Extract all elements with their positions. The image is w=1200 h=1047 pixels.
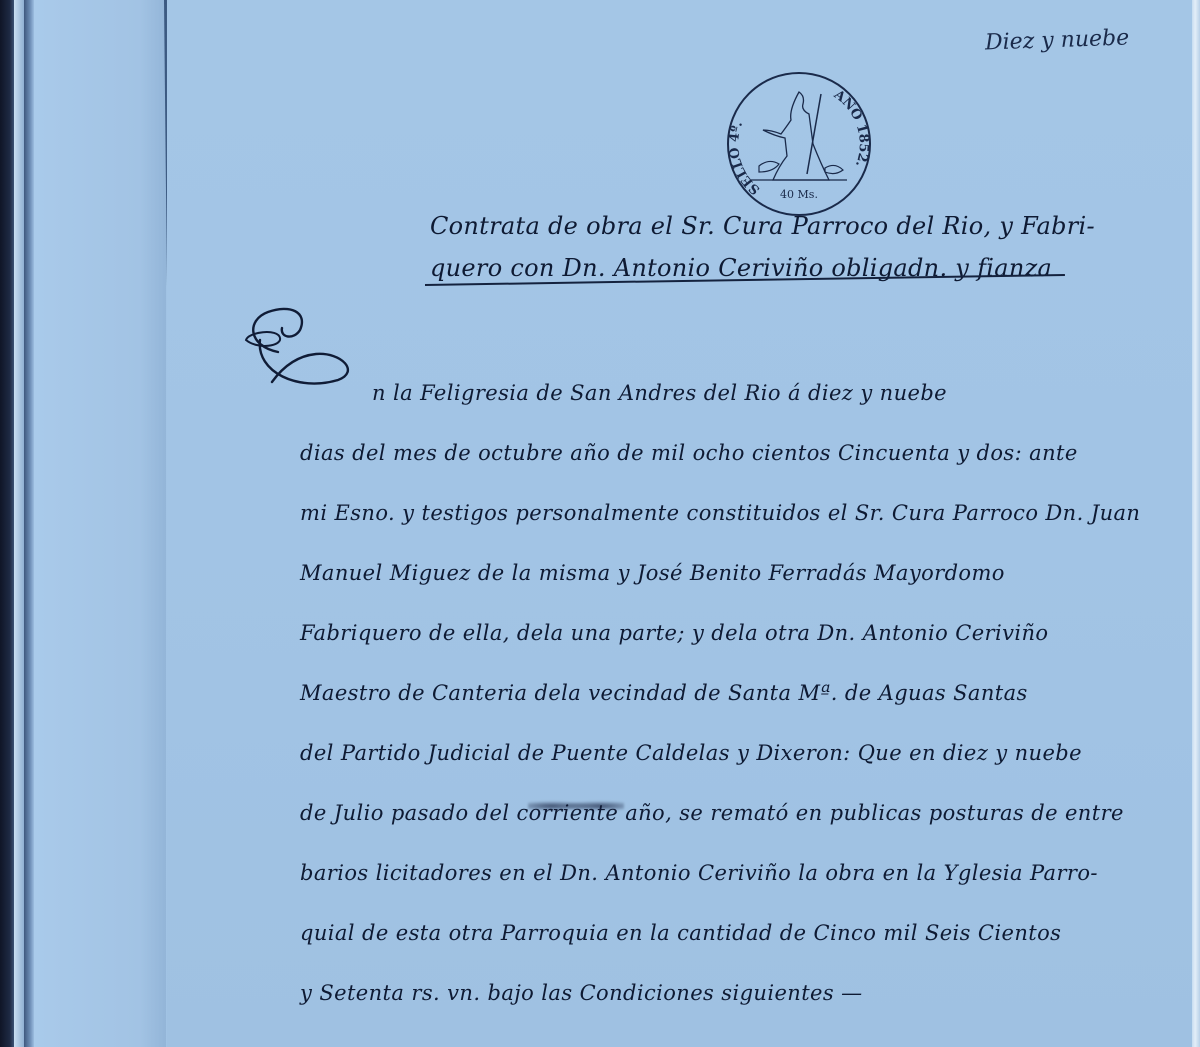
folio-number: Diez y nuebe [985,25,1130,55]
seal-figure-icon: SELLO 4º. AÑO 1852. 40 Ms. [729,74,869,214]
binding-highlight [14,0,24,1047]
body-line-2: dias del mes de octubre año de mil ocho … [300,438,1110,498]
body-line-10: quial de esta otra Parroquia en la canti… [300,918,1110,978]
body-line-6: Maestro de Canteria dela vecindad de San… [300,678,1110,738]
body-line-5: Fabriquero de ella, dela una parte; y de… [300,618,1110,678]
underlying-page [34,0,166,1047]
svg-text:SELLO 4º.: SELLO 4º. [729,119,763,197]
body-line-9: barios licitadores en el Dn. Antonio Cer… [300,858,1110,918]
body-line-7: del Partido Judicial de Puente Caldelas … [300,738,1110,798]
body-line-4: Manuel Miguez de la misma y José Benito … [300,558,1110,618]
heading-line-1: Contrata de obra el Sr. Cura Parroco del… [430,205,1090,247]
seal-bottom-text: 40 Ms. [780,188,818,201]
seal-right-text: AÑO 1852. [830,87,869,169]
book-binding [0,0,14,1047]
document-body: n la Feligresia de San Andres del Rio á … [300,378,1110,1038]
ink-smudge [528,797,624,815]
body-line-8: de Julio pasado del corriente año, se re… [300,798,1110,858]
body-line-11: y Setenta rs. vn. bajo las Condiciones s… [300,978,1110,1038]
svg-text:AÑO 1852.: AÑO 1852. [830,87,869,169]
body-line-1: n la Feligresia de San Andres del Rio á … [300,378,1110,438]
binding-shadow [24,0,34,1047]
seal-left-text: SELLO 4º. [729,119,763,197]
body-line-3: mi Esno. y testigos personalmente consti… [300,498,1110,558]
official-seal-stamp: SELLO 4º. AÑO 1852. 40 Ms. [727,72,871,216]
page-right-edge [1192,0,1200,1047]
photographed-document: Diez y nuebe SELLO 4º. AÑO 1852. 40 Ms. … [0,0,1200,1047]
